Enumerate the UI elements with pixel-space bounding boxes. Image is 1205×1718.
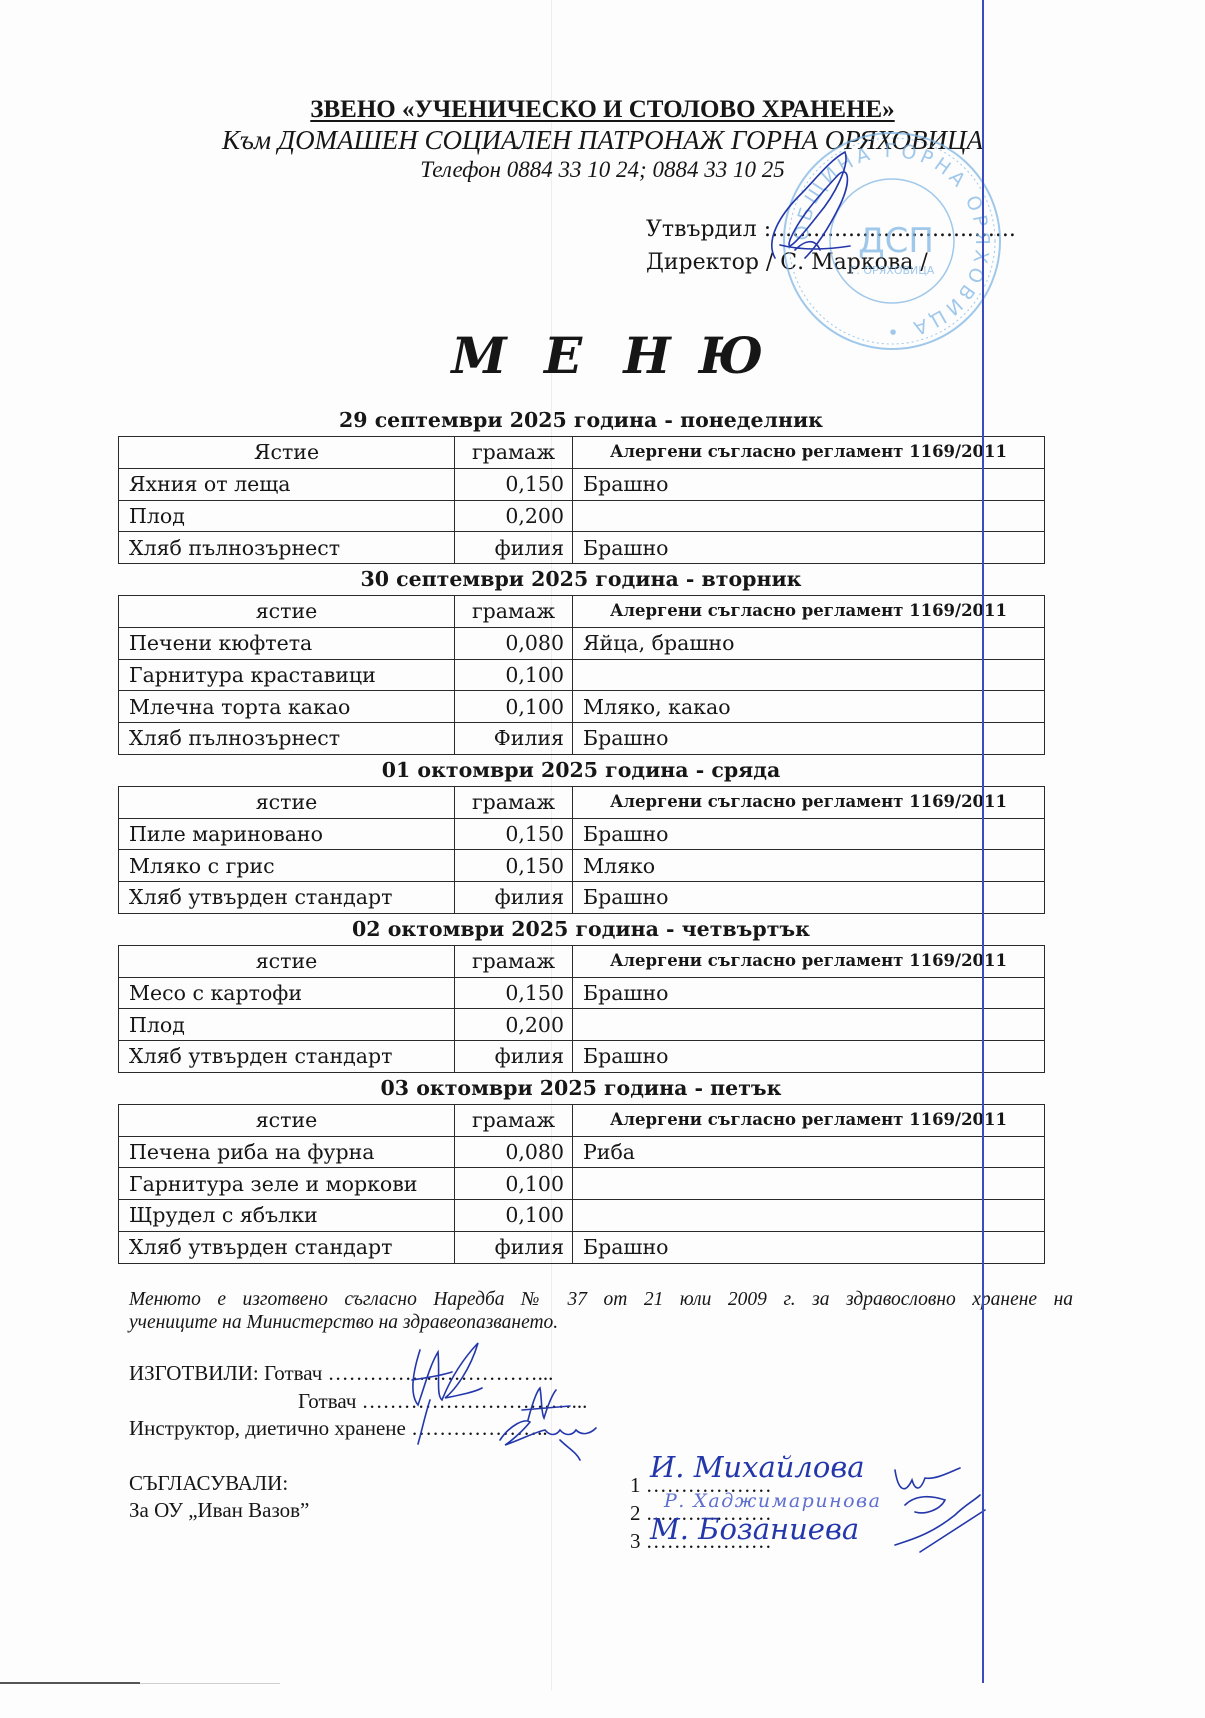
column-header-weight: грамаж bbox=[455, 786, 573, 818]
director-line: Директор / С. Маркова / bbox=[646, 247, 928, 279]
dish-allergens: Яйца, брашно bbox=[573, 627, 1045, 659]
dish-allergens bbox=[573, 1200, 1045, 1232]
menu-title-letter: Н bbox=[605, 326, 689, 386]
column-header-weight: грамаж bbox=[455, 1104, 573, 1136]
menu-table: ястиеграмажАлергени съгласно регламент 1… bbox=[118, 786, 1045, 914]
menu-title-letter: Ю bbox=[689, 326, 773, 386]
organization-subtitle: Към ДОМАШЕН СОЦИАЛЕН ПАТРОНАЖ ГОРНА ОРЯХ… bbox=[0, 125, 1205, 155]
menu-document-page: ЗВЕНО «УЧЕНИЧЕСКО И СТОЛОВО ХРАНЕНЕ» Към… bbox=[0, 0, 1205, 1718]
regulation-note-line: учениците на Министерство на здравеопазв… bbox=[129, 1311, 1073, 1334]
menu-title-letter: Е bbox=[521, 326, 605, 386]
dish-allergens: Мляко bbox=[573, 850, 1045, 882]
menu-table-row: Гарнитура зеле и моркови0,100 bbox=[119, 1168, 1045, 1200]
dish-weight: 0,200 bbox=[455, 1009, 573, 1041]
dish-allergens: Брашно bbox=[573, 882, 1045, 914]
column-header-allergens: Алергени съгласно регламент 1169/2011 bbox=[573, 437, 1045, 469]
prepared-by-cook-1: ИЗГОТВИЛИ: Готвач …………………………... bbox=[129, 1360, 553, 1387]
menu-table-row: Печени кюфтета0,080Яйца, брашно bbox=[119, 627, 1045, 659]
dish-allergens: Брашно bbox=[573, 818, 1045, 850]
dish-name: Хляб утвърден стандарт bbox=[119, 1231, 455, 1263]
dish-weight: Филия bbox=[455, 723, 573, 755]
dish-weight: 0,080 bbox=[455, 627, 573, 659]
column-header-dish: ястие bbox=[119, 786, 455, 818]
day-date-heading: 29 септември 2025 година - понеделник bbox=[96, 405, 1066, 436]
column-header-dish: ястие bbox=[119, 945, 455, 977]
dish-name: Хляб пълнозърнест bbox=[119, 532, 455, 564]
day-menu: 29 септември 2025 година - понеделникЯст… bbox=[118, 405, 1044, 564]
dish-allergens: Брашно bbox=[573, 468, 1045, 500]
column-header-allergens: Алергени съгласно регламент 1169/2011 bbox=[573, 786, 1045, 818]
dish-allergens bbox=[573, 1168, 1045, 1200]
menu-table-row: Хляб пълнозърнестФилияБрашно bbox=[119, 723, 1045, 755]
dish-allergens: Брашно bbox=[573, 723, 1045, 755]
dish-name: Мляко с грис bbox=[119, 850, 455, 882]
dish-weight: 0,150 bbox=[455, 977, 573, 1009]
handwritten-name-2: Р. Хаджимаринова bbox=[664, 1490, 881, 1512]
approved-by-line: Утвърдил :..............................… bbox=[646, 214, 1016, 246]
menu-table-row: Хляб утвърден стандартфилияБрашно bbox=[119, 882, 1045, 914]
dish-name: Щрудел с ябълки bbox=[119, 1200, 455, 1232]
dish-name: Печени кюфтета bbox=[119, 627, 455, 659]
menu-table-row: Плод0,200 bbox=[119, 1009, 1045, 1041]
menu-table-header: ястиеграмажАлергени съгласно регламент 1… bbox=[119, 596, 1045, 628]
menu-table-row: Хляб утвърден стандартфилияБрашно bbox=[119, 1231, 1045, 1263]
menu-table-header: ястиеграмажАлергени съгласно регламент 1… bbox=[119, 786, 1045, 818]
menu-table-header: ЯстиеграмажАлергени съгласно регламент 1… bbox=[119, 437, 1045, 469]
prepared-by-cook-2: Готвач …………………………... bbox=[298, 1388, 587, 1415]
dish-weight: 0,100 bbox=[455, 659, 573, 691]
dish-name: Гарнитура краставици bbox=[119, 659, 455, 691]
dish-name: Млечна торта какао bbox=[119, 691, 455, 723]
organization-title-text: ЗВЕНО «УЧЕНИЧЕСКО И СТОЛОВО ХРАНЕНЕ» bbox=[310, 96, 894, 123]
menu-title: М Е Н Ю bbox=[437, 326, 773, 386]
dish-allergens bbox=[573, 659, 1045, 691]
menu-table-row: Щрудел с ябълки0,100 bbox=[119, 1200, 1045, 1232]
menu-table-row: Хляб пълнозърнестфилияБрашно bbox=[119, 532, 1045, 564]
dish-allergens: Брашно bbox=[573, 1231, 1045, 1263]
column-header-dish: ястие bbox=[119, 596, 455, 628]
column-header-dish: ястие bbox=[119, 1104, 455, 1136]
agreed-school: За ОУ „Иван Вазов” bbox=[129, 1497, 309, 1524]
menu-table-row: Гарнитура краставици0,100 bbox=[119, 659, 1045, 691]
menu-title-letter: М bbox=[437, 326, 521, 386]
menu-table-row: Яхния от леща0,150Брашно bbox=[119, 468, 1045, 500]
day-date-heading: 01 октомври 2025 година - сряда bbox=[96, 755, 1066, 786]
dish-weight: 0,100 bbox=[455, 1200, 573, 1232]
menu-table-row: Мляко с грис0,150Мляко bbox=[119, 850, 1045, 882]
dish-name: Яхния от леща bbox=[119, 468, 455, 500]
signatory-initials-mark bbox=[895, 1468, 985, 1552]
column-header-allergens: Алергени съгласно регламент 1169/2011 bbox=[573, 1104, 1045, 1136]
regulation-note: Менюто е изготвено съгласно Наредба № 37… bbox=[129, 1288, 1073, 1334]
dish-name: Пиле мариновано bbox=[119, 818, 455, 850]
handwritten-name-1: И. Михайлова bbox=[650, 1450, 865, 1484]
dish-weight: 0,200 bbox=[455, 500, 573, 532]
dish-name: Хляб утвърден стандарт bbox=[119, 1041, 455, 1073]
dish-weight: филия bbox=[455, 1041, 573, 1073]
dish-allergens: Брашно bbox=[573, 532, 1045, 564]
dish-weight: филия bbox=[455, 1231, 573, 1263]
menu-table-row: Плод0,200 bbox=[119, 500, 1045, 532]
dish-weight: 0,150 bbox=[455, 818, 573, 850]
dish-weight: филия bbox=[455, 882, 573, 914]
dish-allergens bbox=[573, 1009, 1045, 1041]
dish-name: Гарнитура зеле и моркови bbox=[119, 1168, 455, 1200]
column-header-dish: Ястие bbox=[119, 437, 455, 469]
column-header-weight: грамаж bbox=[455, 945, 573, 977]
scan-edge-line-faint bbox=[140, 1683, 280, 1684]
dish-allergens: Мляко, какао bbox=[573, 691, 1045, 723]
day-menu: 03 октомври 2025 година - петъкястиеграм… bbox=[118, 1073, 1044, 1264]
dish-weight: 0,080 bbox=[455, 1136, 573, 1168]
column-header-allergens: Алергени съгласно регламент 1169/2011 bbox=[573, 596, 1045, 628]
menu-table-row: Печена риба на фурна0,080Риба bbox=[119, 1136, 1045, 1168]
menu-table: ястиеграмажАлергени съгласно регламент 1… bbox=[118, 1104, 1045, 1264]
menu-table: ястиеграмажАлергени съгласно регламент 1… bbox=[118, 595, 1045, 755]
scan-edge-line bbox=[0, 1682, 140, 1684]
dish-name: Плод bbox=[119, 500, 455, 532]
day-date-heading: 30 септември 2025 година - вторник bbox=[96, 564, 1066, 595]
day-date-heading: 03 октомври 2025 година - петък bbox=[96, 1073, 1066, 1104]
dish-allergens: Брашно bbox=[573, 977, 1045, 1009]
column-header-weight: грамаж bbox=[455, 437, 573, 469]
dish-name: Хляб утвърден стандарт bbox=[119, 882, 455, 914]
dish-name: Печена риба на фурна bbox=[119, 1136, 455, 1168]
day-menu: 02 октомври 2025 година - четвъртъкястие… bbox=[118, 914, 1044, 1073]
dish-name: Месо с картофи bbox=[119, 977, 455, 1009]
menu-table: ЯстиеграмажАлергени съгласно регламент 1… bbox=[118, 436, 1045, 564]
dish-name: Хляб пълнозърнест bbox=[119, 723, 455, 755]
organization-title: ЗВЕНО «УЧЕНИЧЕСКО И СТОЛОВО ХРАНЕНЕ» bbox=[0, 95, 1205, 125]
day-menu: 30 септември 2025 година - вторникястиег… bbox=[118, 564, 1044, 755]
dish-weight: 0,150 bbox=[455, 850, 573, 882]
dish-allergens: Риба bbox=[573, 1136, 1045, 1168]
margin-line bbox=[982, 0, 984, 1683]
handwritten-name-3: М. Бозаниева bbox=[650, 1512, 859, 1546]
regulation-note-line: Менюто е изготвено съгласно Наредба № 37… bbox=[129, 1288, 1073, 1311]
menu-table-row: Пиле мариновано0,150Брашно bbox=[119, 818, 1045, 850]
column-header-allergens: Алергени съгласно регламент 1169/2011 bbox=[573, 945, 1045, 977]
agreed-label: СЪГЛАСУВАЛИ: bbox=[129, 1470, 288, 1497]
day-menu: 01 октомври 2025 година - срядаястиеграм… bbox=[118, 755, 1044, 914]
phone-line: Телефон 0884 33 10 24; 0884 33 10 25 bbox=[0, 156, 1205, 184]
dish-weight: филия bbox=[455, 532, 573, 564]
menu-table-row: Млечна торта какао0,100Мляко, какао bbox=[119, 691, 1045, 723]
dish-weight: 0,150 bbox=[455, 468, 573, 500]
menu-table-row: Хляб утвърден стандартфилияБрашно bbox=[119, 1041, 1045, 1073]
day-date-heading: 02 октомври 2025 година - четвъртък bbox=[96, 914, 1066, 945]
menu-table: ястиеграмажАлергени съгласно регламент 1… bbox=[118, 945, 1045, 1073]
dish-allergens: Брашно bbox=[573, 1041, 1045, 1073]
dish-weight: 0,100 bbox=[455, 1168, 573, 1200]
menu-table-header: ястиеграмажАлергени съгласно регламент 1… bbox=[119, 945, 1045, 977]
menu-table-row: Месо с картофи0,150Брашно bbox=[119, 977, 1045, 1009]
dish-weight: 0,100 bbox=[455, 691, 573, 723]
column-header-weight: грамаж bbox=[455, 596, 573, 628]
daily-menus: 29 септември 2025 година - понеделникЯст… bbox=[118, 405, 1044, 1264]
dish-name: Плод bbox=[119, 1009, 455, 1041]
prepared-by-instructor: Инструктор, диетично хранене ……………….. bbox=[129, 1415, 548, 1442]
menu-table-header: ястиеграмажАлергени съгласно регламент 1… bbox=[119, 1104, 1045, 1136]
dish-allergens bbox=[573, 500, 1045, 532]
